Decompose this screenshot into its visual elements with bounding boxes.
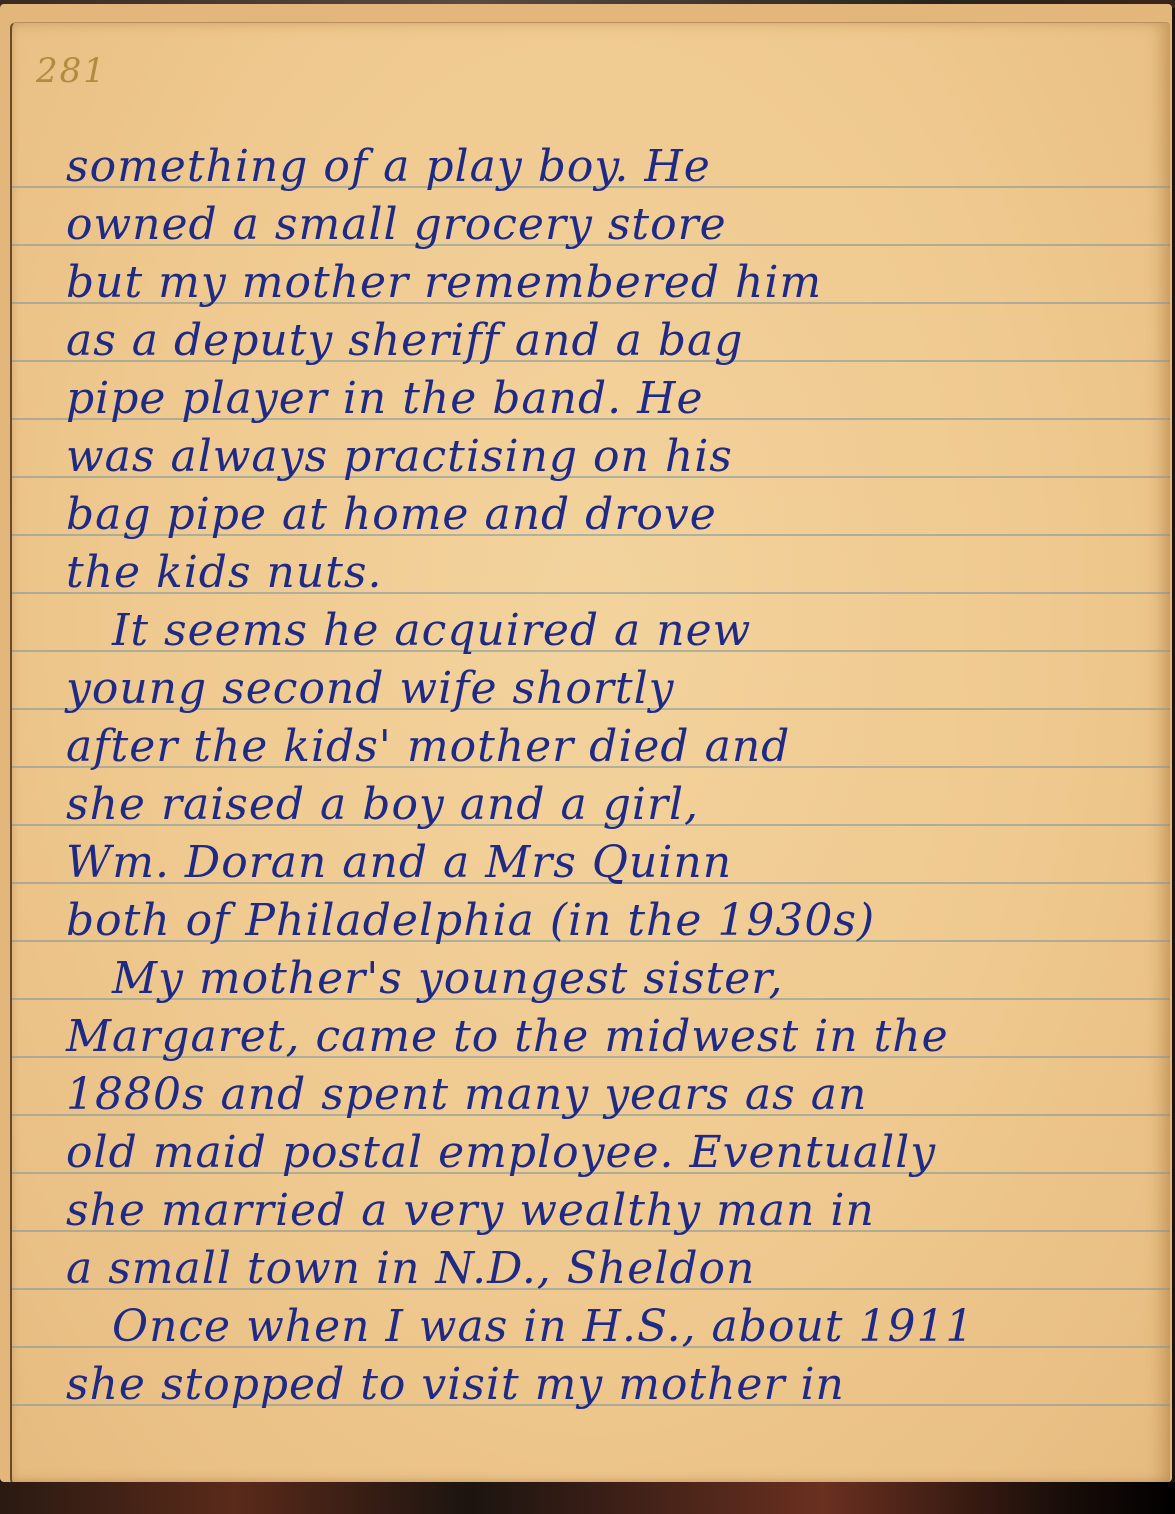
handwritten-line: a small town in N.D., Sheldon xyxy=(66,1247,755,1291)
handwritten-line: owned a small grocery store xyxy=(66,203,727,247)
handwritten-line: old maid postal employee. Eventually xyxy=(66,1131,936,1175)
handwritten-line: she married a very wealthy man in xyxy=(66,1189,875,1233)
handwritten-line: was always practising on his xyxy=(66,435,733,479)
handwritten-line: Margaret, came to the midwest in the xyxy=(66,1015,949,1059)
handwritten-line: bag pipe at home and drove xyxy=(66,493,717,537)
page-number: 281 xyxy=(36,51,107,91)
handwritten-line: both of Philadelphia (in the 1930s) xyxy=(66,899,875,943)
handwritten-line: It seems he acquired a new xyxy=(112,609,751,653)
handwritten-line: she stopped to visit my mother in xyxy=(66,1363,845,1407)
handwritten-line: she raised a boy and a girl, xyxy=(66,783,699,827)
notebook-page: 281 something of a play boy. He owned a … xyxy=(10,22,1170,1485)
handwritten-line: after the kids' mother died and xyxy=(66,725,790,769)
handwritten-line: Wm. Doran and a Mrs Quinn xyxy=(66,841,732,885)
handwritten-line: but my mother remembered him xyxy=(66,261,822,305)
handwritten-line: Once when I was in H.S., about 1911 xyxy=(112,1305,974,1349)
handwritten-line: My mother's youngest sister, xyxy=(112,957,783,1001)
handwritten-line: 1880s and spent many years as an xyxy=(66,1073,867,1117)
handwritten-line: as a deputy sheriff and a bag xyxy=(66,319,743,363)
handwritten-line: pipe player in the band. He xyxy=(66,377,704,421)
handwritten-line: the kids nuts. xyxy=(66,551,382,595)
handwritten-line: something of a play boy. He xyxy=(66,145,711,189)
handwritten-line: young second wife shortly xyxy=(66,667,675,711)
notebook-cover-edge xyxy=(0,1482,1175,1514)
